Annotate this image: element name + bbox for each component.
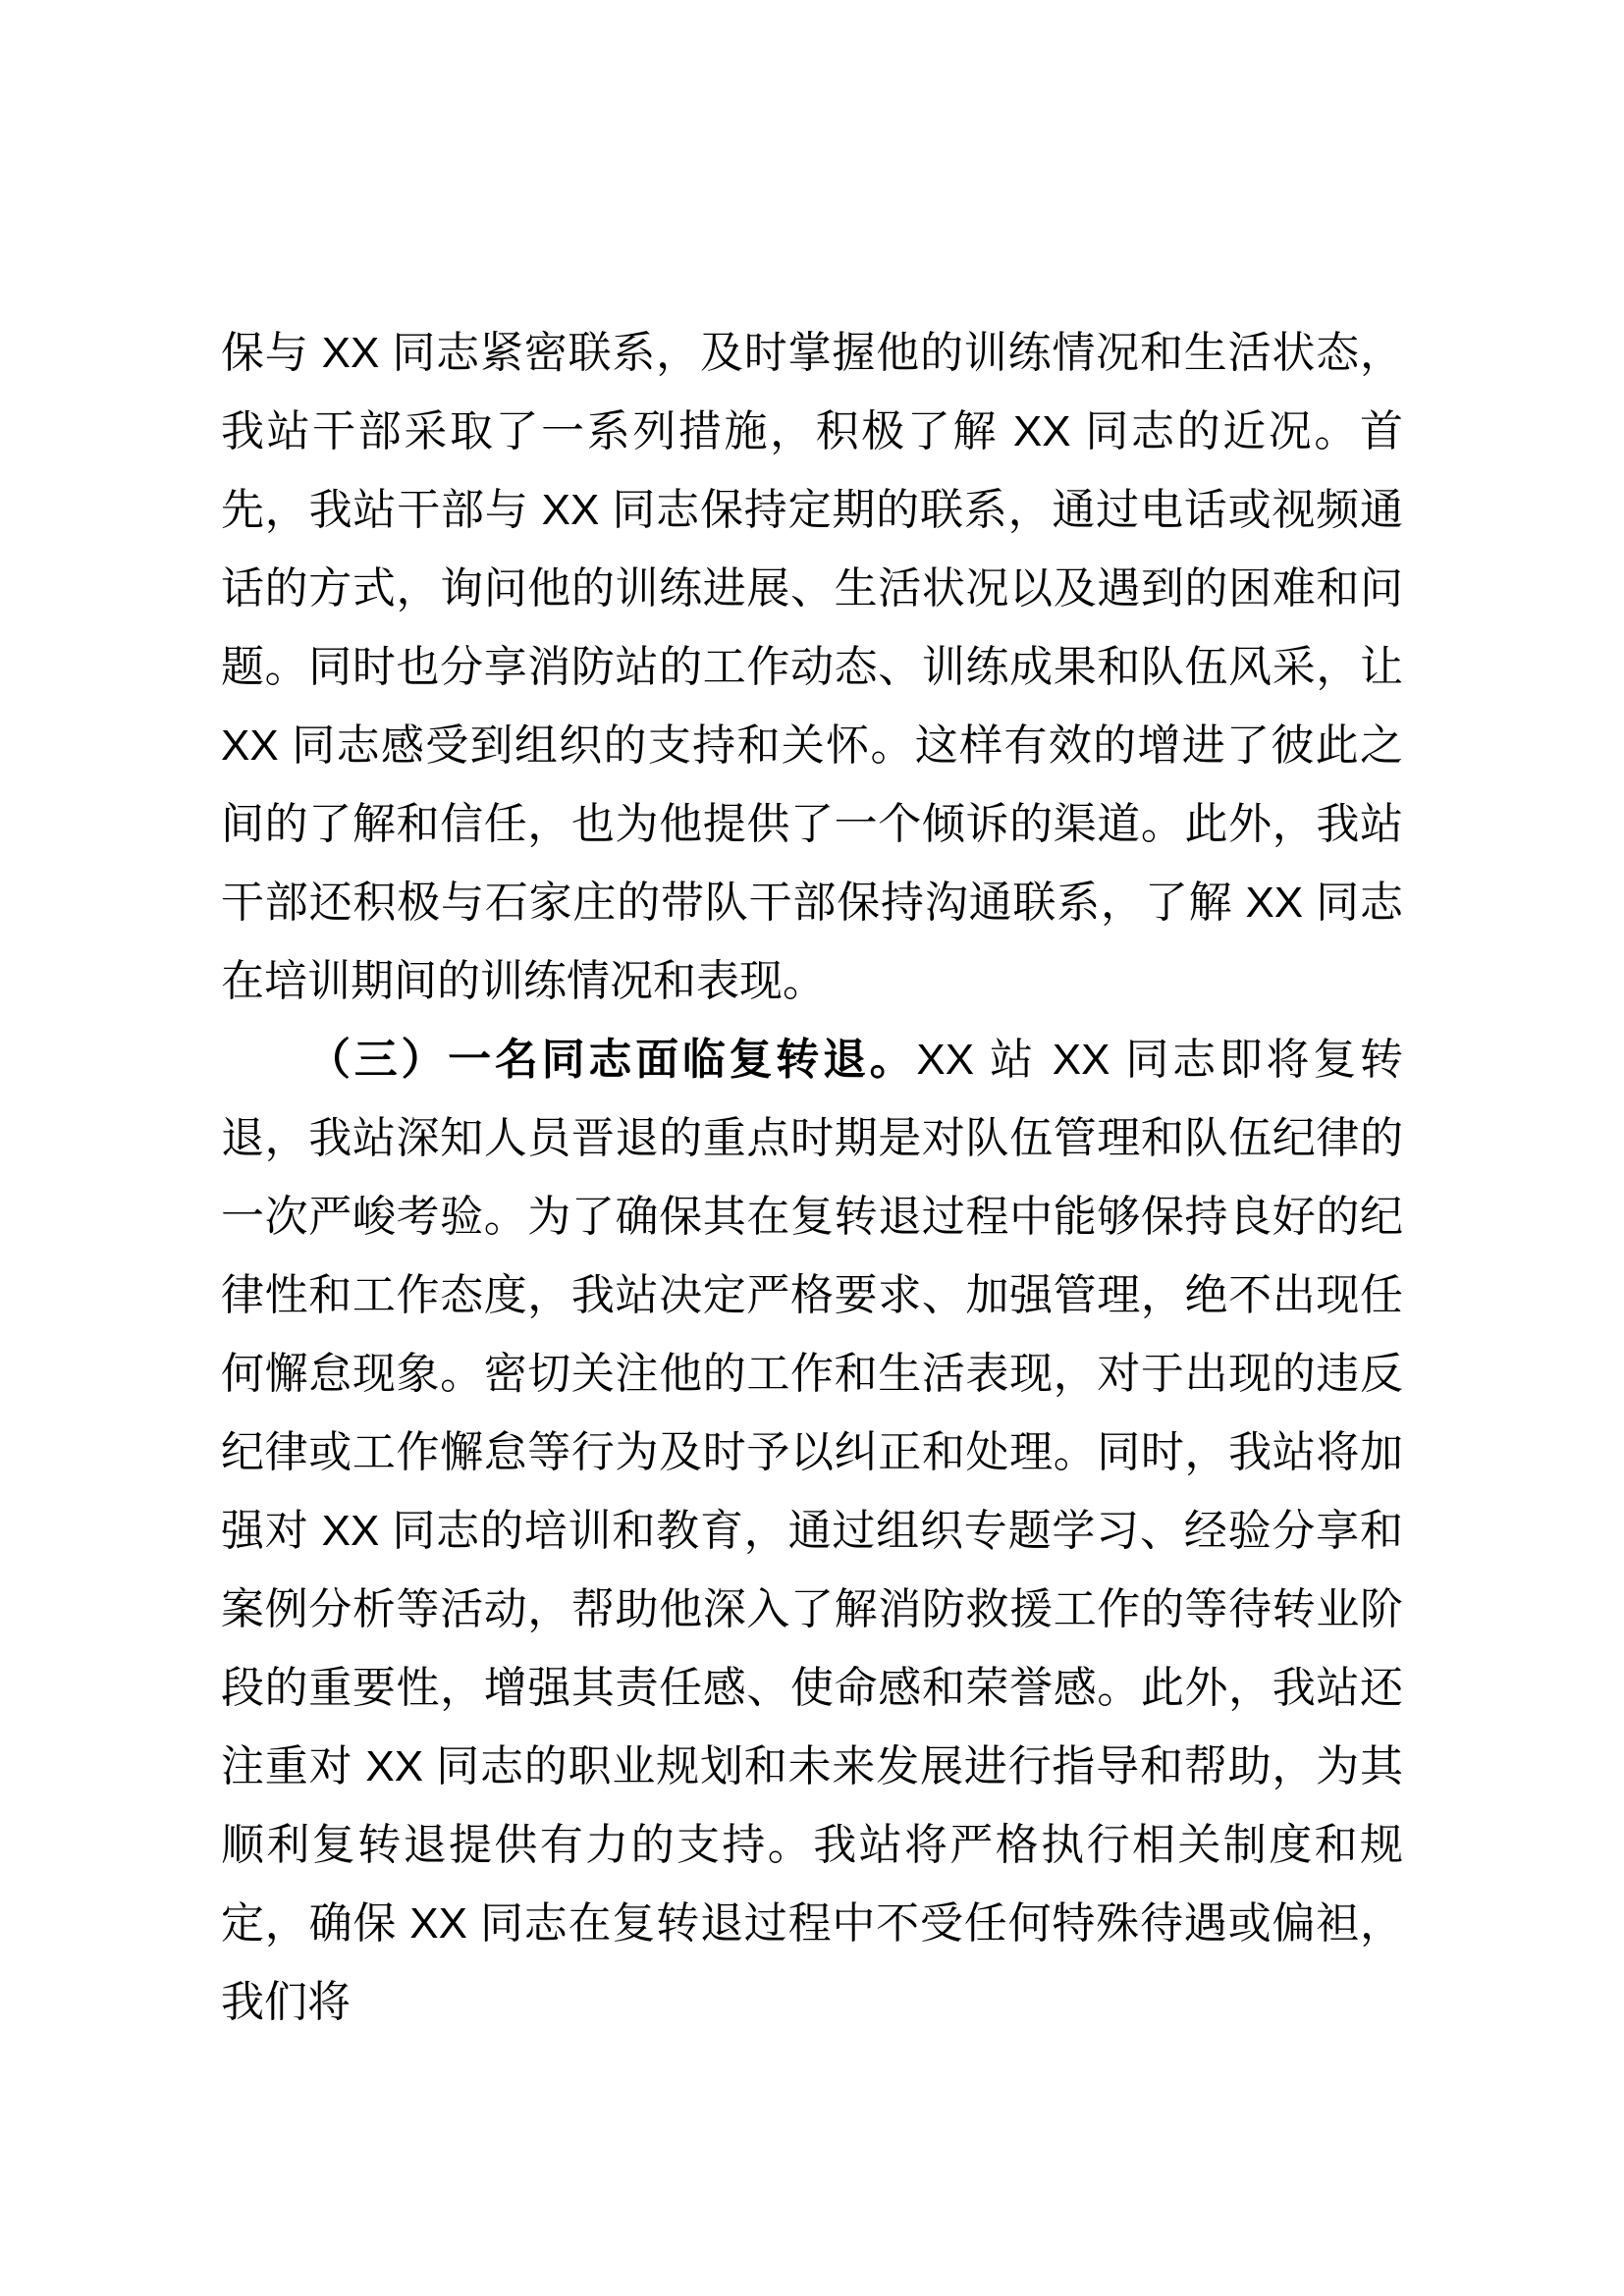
section-three-heading: （三）一名同志面临复转退。 — [307, 1036, 916, 1084]
document-body: 保与 XX 同志紧密联系，及时掌握他的训练情况和生活状态，我站干部采取了一系列措… — [221, 314, 1403, 2042]
paragraph-section-three: （三）一名同志面临复转退。XX 站 XX 同志即将复转退，我站深知人员晋退的重点… — [221, 1021, 1403, 2042]
paragraph-continuation: 保与 XX 同志紧密联系，及时掌握他的训练情况和生活状态，我站干部采取了一系列措… — [221, 314, 1403, 1021]
section-three-body-text: XX 站 XX 同志即将复转退，我站深知人员晋退的重点时期是对队伍管理和队伍纪律… — [221, 1036, 1403, 2026]
document-page: 保与 XX 同志紧密联系，及时掌握他的训练情况和生活状态，我站干部采取了一系列措… — [0, 0, 1624, 2296]
